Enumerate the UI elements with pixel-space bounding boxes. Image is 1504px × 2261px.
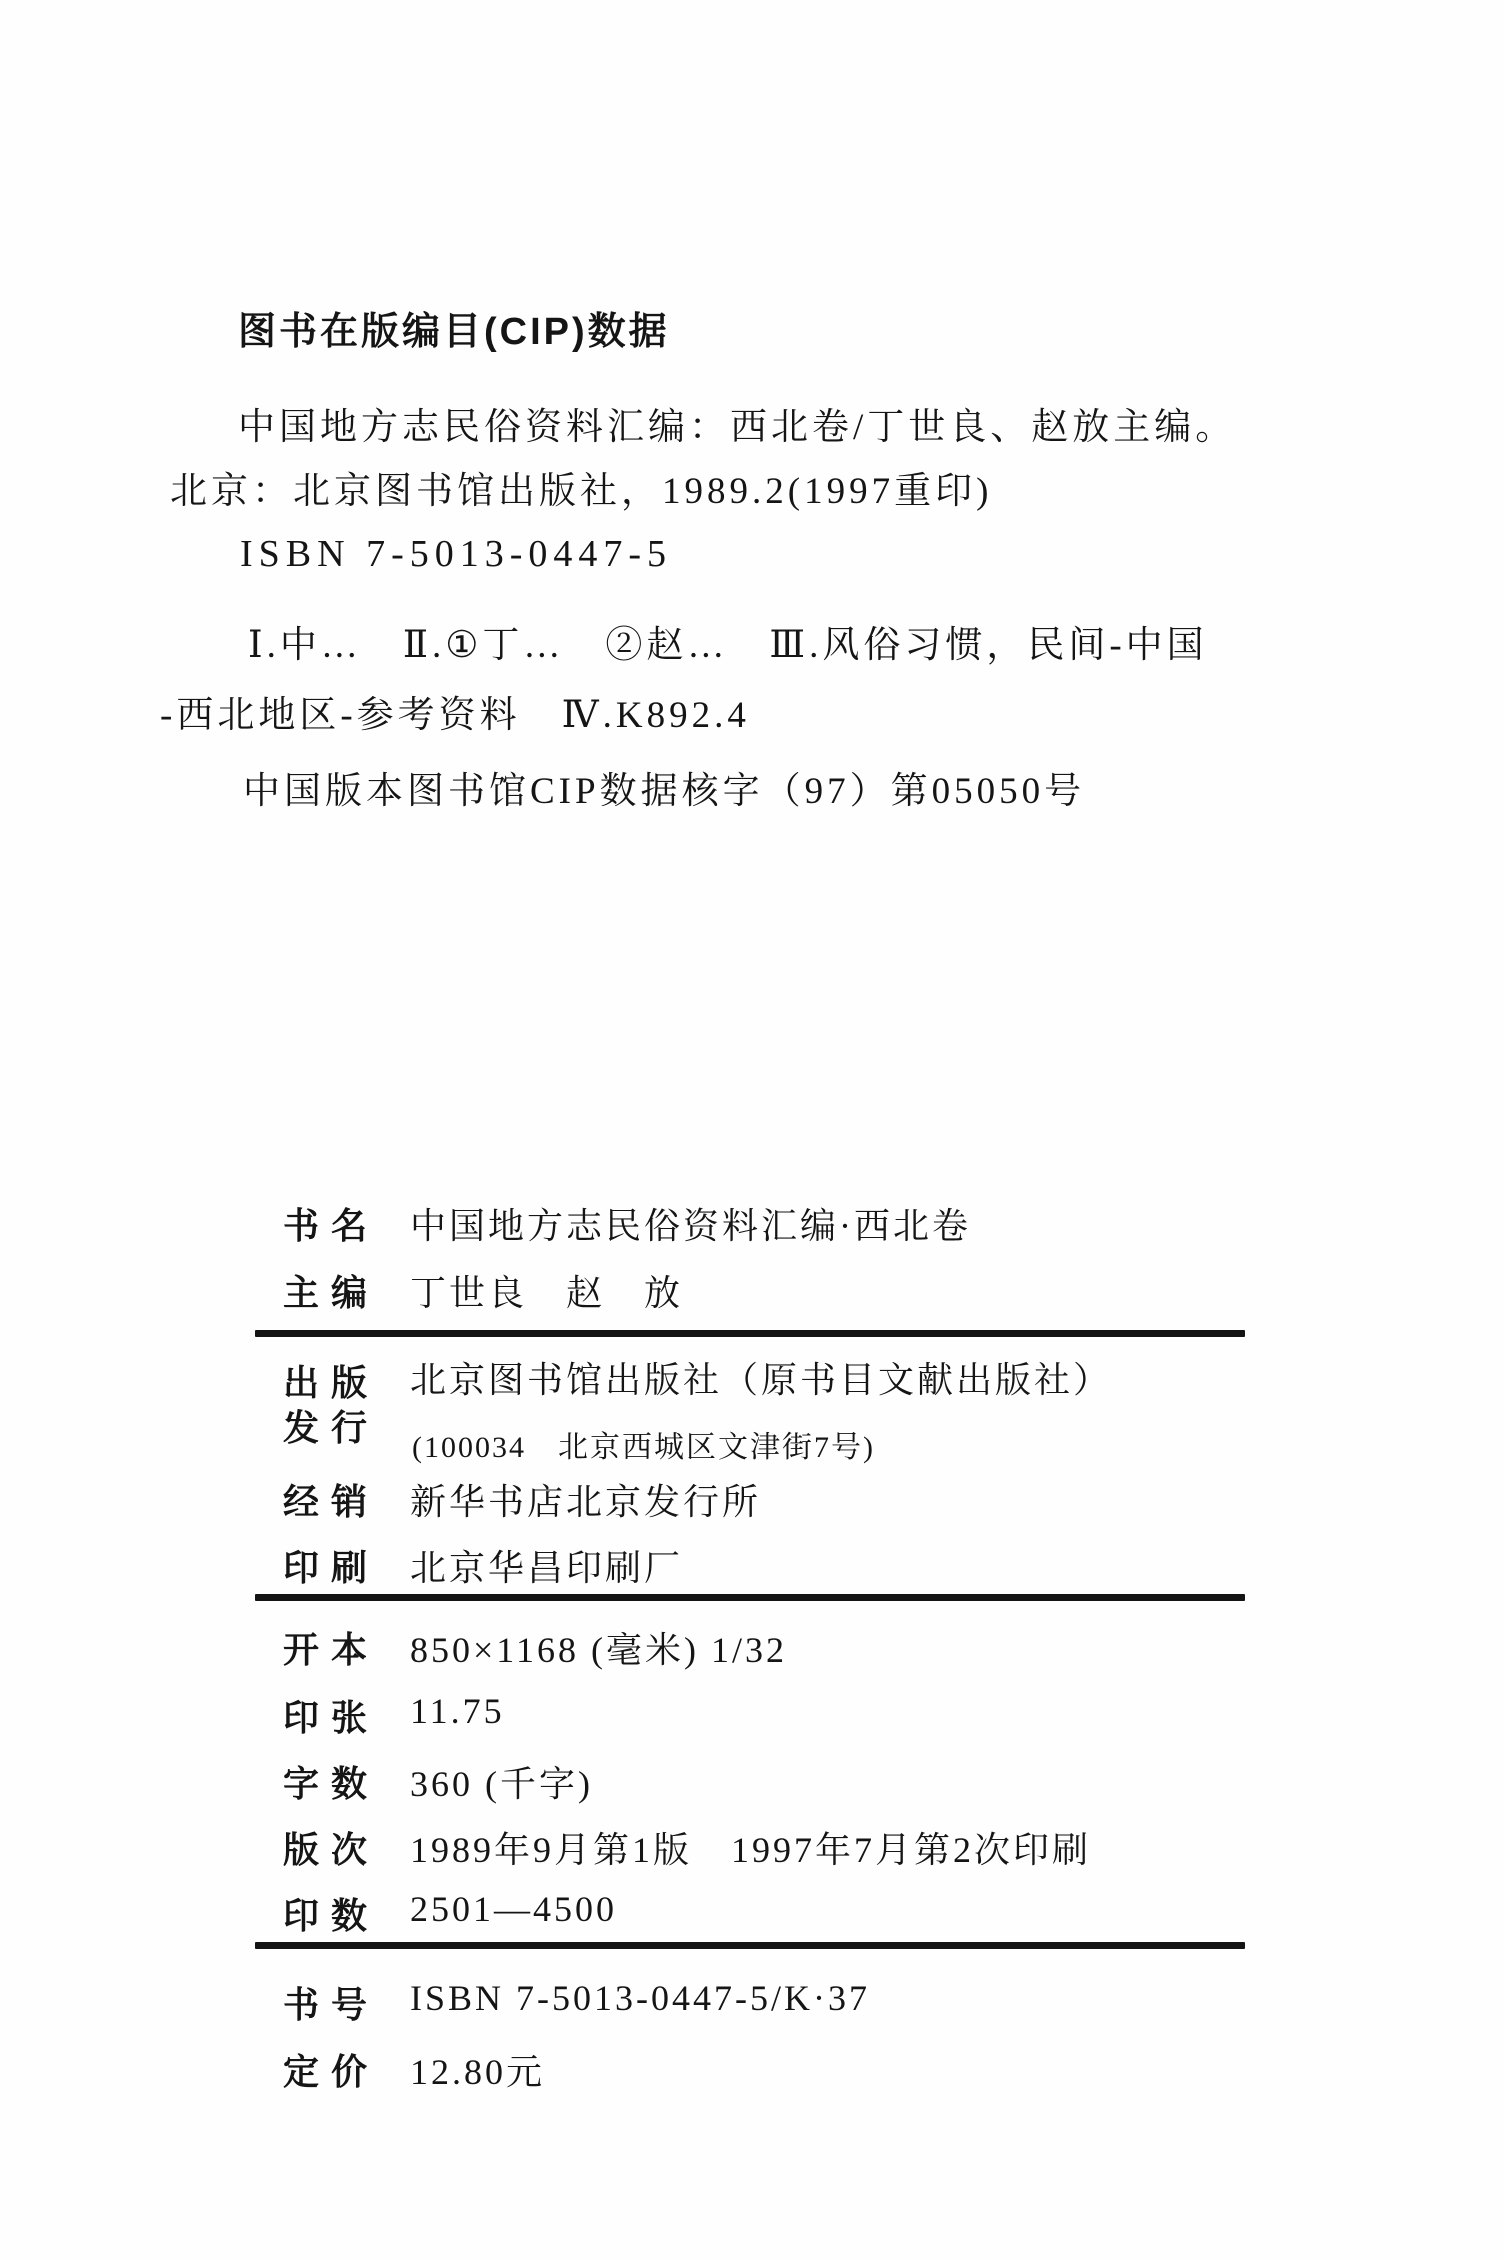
format-label: 开本: [283, 1622, 379, 1673]
price-label: 定价: [283, 2044, 379, 2095]
publisher-value: 北京图书馆出版社（原书目文献出版社）: [410, 1352, 1112, 1403]
book-number-label: 书号: [283, 1977, 379, 2028]
cip-record-number-line: 中国版本图书馆CIP数据核字（97）第05050号: [243, 760, 1085, 814]
word-count-value: 360 (千字): [410, 1756, 593, 1807]
publisher-label-line-2: 发行: [283, 1400, 379, 1451]
printer-value: 北京华昌印刷厂: [410, 1540, 683, 1591]
word-count-label: 字数: [283, 1756, 379, 1807]
cip-classification-line-2: -西北地区-参考资料 Ⅳ.K892.4: [160, 684, 750, 738]
divider-rule-1: [255, 1330, 1245, 1337]
printed-sheets-value: 11.75: [410, 1690, 505, 1732]
edition-value: 1989年9月第1版 1997年7月第2次印刷: [410, 1822, 1091, 1873]
chief-editor-value: 丁世良 赵 放: [410, 1265, 683, 1316]
cip-isbn-line: ISBN 7-5013-0447-5: [240, 532, 672, 576]
publisher-label-line-1: 出版: [283, 1355, 379, 1406]
cip-publication-line: 北京：北京图书馆出版社，1989.2(1997重印): [170, 460, 992, 514]
cip-heading: 图书在版编目(CIP)数据: [238, 300, 670, 355]
book-title-value: 中国地方志民俗资料汇编·西北卷: [410, 1198, 971, 1249]
book-title-label: 书名: [283, 1198, 379, 1249]
distributor-label: 经销: [283, 1474, 379, 1525]
publisher-address: (100034 北京西城区文津街7号): [412, 1422, 875, 1466]
divider-rule-3: [255, 1942, 1245, 1949]
format-value: 850×1168 (毫米) 1/32: [410, 1622, 787, 1673]
print-run-label: 印数: [283, 1888, 379, 1939]
book-number-value: ISBN 7-5013-0447-5/K·37: [410, 1977, 870, 2019]
distributor-value: 新华书店北京发行所: [410, 1474, 761, 1525]
printer-label: 印刷: [283, 1540, 379, 1591]
price-value: 12.80元: [410, 2044, 545, 2095]
cip-title-statement-line: 中国地方志民俗资料汇编：西北卷/丁世良、赵放主编。: [238, 396, 1236, 450]
print-run-value: 2501—4500: [410, 1888, 617, 1930]
chief-editor-label: 主编: [283, 1265, 379, 1316]
cip-classification-line-1: Ⅰ.中… Ⅱ.①丁… ②赵… Ⅲ.风俗习惯，民间-中国: [248, 614, 1208, 668]
scanned-copyright-page: 图书在版编目(CIP)数据 中国地方志民俗资料汇编：西北卷/丁世良、赵放主编。 …: [0, 0, 1504, 2261]
printed-sheets-label: 印张: [283, 1690, 379, 1741]
edition-label: 版次: [283, 1822, 379, 1873]
divider-rule-2: [255, 1594, 1245, 1601]
